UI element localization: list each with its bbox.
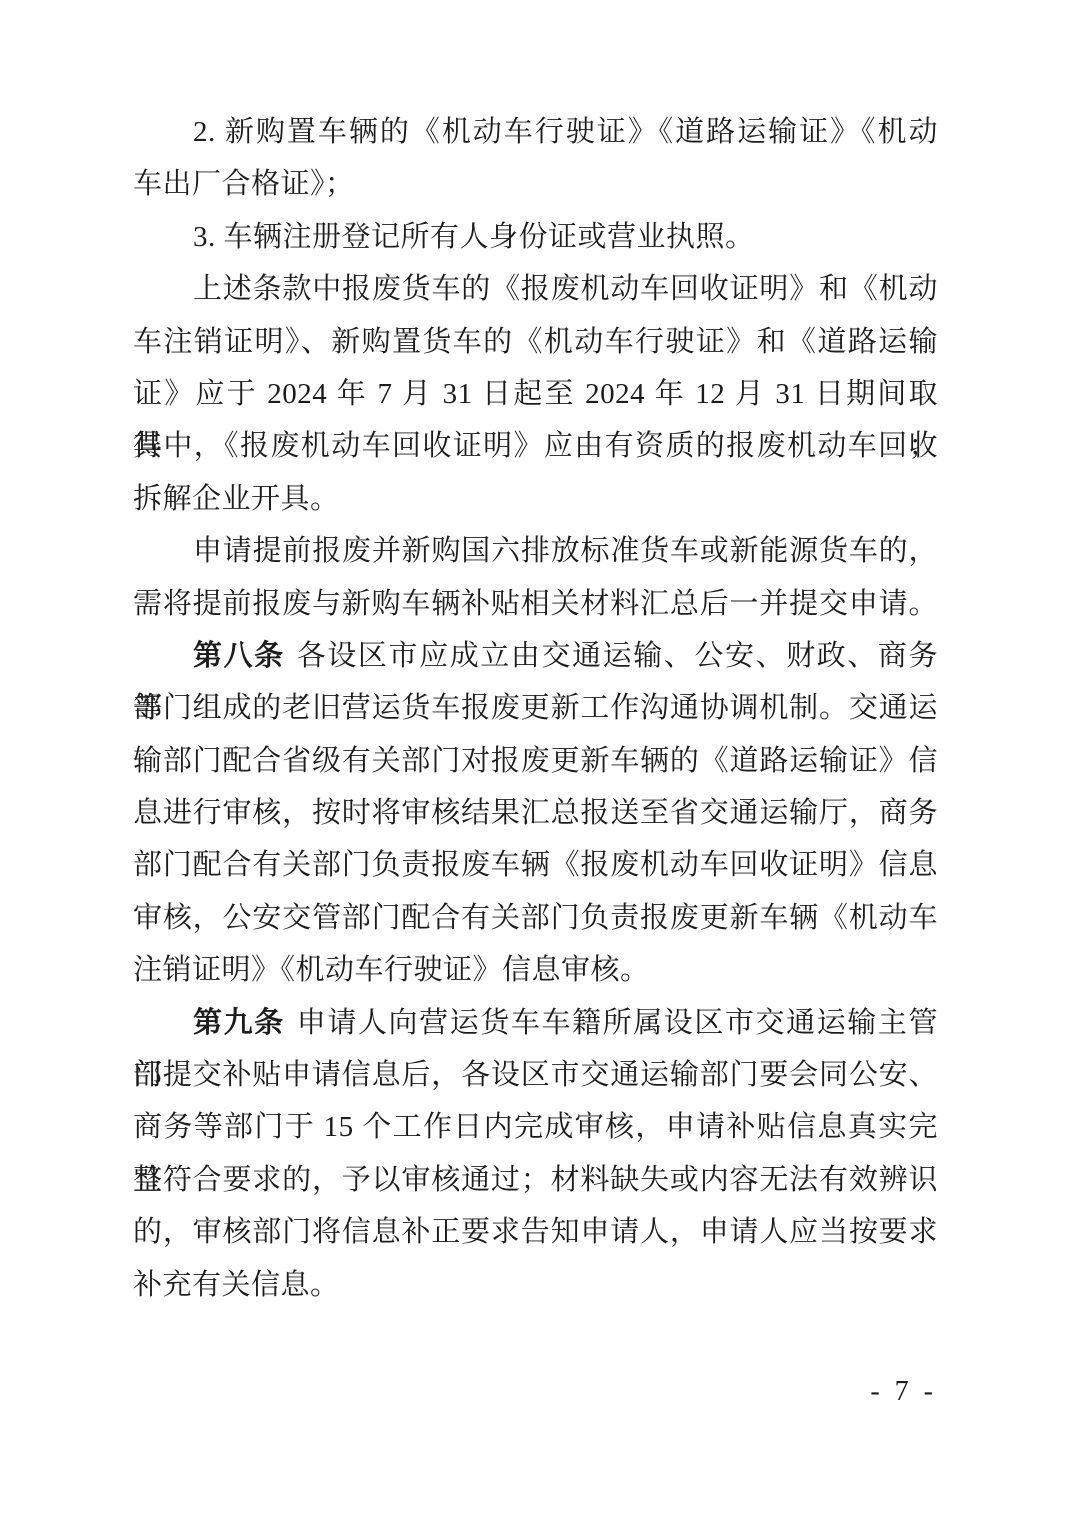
text-line: 审核，公安交管部门配合有关部门负责报废更新车辆《机动车: [133, 892, 938, 944]
page-footer: - 7 -: [870, 1372, 937, 1412]
text-line: 门提交补贴申请信息后，各设区市交通运输部门要会同公安、: [133, 1049, 938, 1101]
document-body: 2. 新购置车辆的《机动车行驶证》《道路运输证》《机动车出厂合格证》；3. 车辆…: [133, 106, 938, 1311]
text-line: 车出厂合格证》；: [133, 158, 938, 210]
text-line: 拆解企业开具。: [133, 473, 938, 525]
text-line: 商务等部门于 15 个工作日内完成审核，申请补贴信息真实完整: [133, 1101, 938, 1153]
article-heading: 第九条: [193, 1007, 285, 1039]
text-line: 申请提前报废并新购国六排放标准货车或新能源货车的，: [133, 525, 938, 577]
text-line: 部门配合有关部门负责报废车辆《报废机动车回收证明》信息: [133, 839, 938, 891]
article-heading: 第八条: [193, 640, 285, 672]
text-line: 证》应于 2024 年 7 月 31 日起至 2024 年 12 月 31 日期…: [133, 368, 938, 420]
text-line: 需将提前报废与新购车辆补贴相关材料汇总后一并提交申请。: [133, 578, 938, 630]
text-line: 息进行审核，按时将审核结果汇总报送至省交通运输厅，商务: [133, 787, 938, 839]
text-line: 上述条款中报废货车的《报废机动车回收证明》和《机动: [133, 263, 938, 315]
text-line: 部门组成的老旧营运货车报废更新工作沟通协调机制。交通运: [133, 682, 938, 734]
text-line: 2. 新购置车辆的《机动车行驶证》《道路运输证》《机动: [133, 106, 938, 158]
text-line: 第八条各设区市应成立由交通运输、公安、财政、商务等: [133, 630, 938, 682]
text-line: 输部门配合省级有关部门对报废更新车辆的《道路运输证》信: [133, 735, 938, 787]
text-line: 的，审核部门将信息补正要求告知申请人，申请人应当按要求: [133, 1206, 938, 1258]
text-line: 且符合要求的，予以审核通过；材料缺失或内容无法有效辨识: [133, 1154, 938, 1206]
page-number: - 7 -: [870, 1376, 937, 1407]
text-line: 补充有关信息。: [133, 1259, 938, 1311]
text-line: 其中，《报废机动车回收证明》应由有资质的报废机动车回收: [133, 420, 938, 472]
document-page: 2. 新购置车辆的《机动车行驶证》《道路运输证》《机动车出厂合格证》；3. 车辆…: [0, 0, 1074, 1520]
text-line: 3. 车辆注册登记所有人身份证或营业执照。: [133, 211, 938, 263]
text-line: 车注销证明》、新购置货车的《机动车行驶证》和《道路运输: [133, 316, 938, 368]
text-line: 注销证明》《机动车行驶证》信息审核。: [133, 944, 938, 996]
text-line: 第九条申请人向营运货车车籍所属设区市交通运输主管部: [133, 997, 938, 1049]
